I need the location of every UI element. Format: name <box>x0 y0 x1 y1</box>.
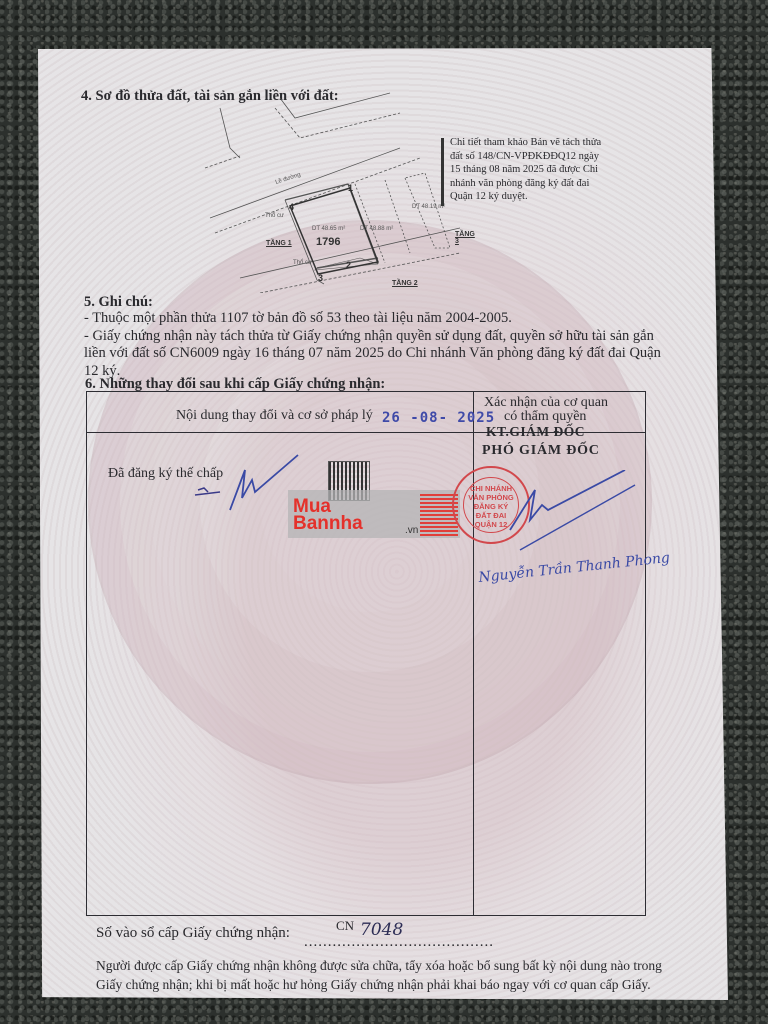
section5-notes: - Thuộc một phần thửa 1107 tờ bản đồ số … <box>84 310 661 380</box>
col1-header: Nội dung thay đổi và cơ sở pháp lý <box>176 408 373 424</box>
register-label: Số vào sổ cấp Giấy chứng nhận: <box>96 925 290 942</box>
floor-label-1: TẦNG 1 <box>266 240 292 247</box>
authority-title-1: KT.GIÁM ĐỐC <box>486 424 585 440</box>
corner-3: 3 <box>318 273 323 283</box>
note-line: - Giấy chứng nhận này tách thửa từ Giấy … <box>84 328 661 346</box>
neighbor-label-2: Thổ cư <box>293 260 312 266</box>
north-arrow-icon <box>441 138 444 206</box>
parcel-diagram: 1796 1 2 3 4 TẦNG 1 TẦNG 2 TẦNG 3 DT 48.… <box>200 88 460 293</box>
floor-label-3: TẦNG 3 <box>455 231 475 245</box>
register-prefix: CN <box>336 918 354 934</box>
signature-right-icon <box>500 470 650 560</box>
note-line: liền với đất số CN6009 ngày 16 tháng 07 … <box>84 345 661 363</box>
col2-header-line2: có thẩm quyền <box>504 409 586 425</box>
note-line: - Thuộc một phần thửa 1107 tờ bản đồ số … <box>84 310 661 328</box>
parcel-number: 1796 <box>316 236 340 248</box>
register-number: 7048 <box>360 920 403 940</box>
warning-text: Người được cấp Giấy chứng nhận không đượ… <box>96 956 662 994</box>
area-label-1: DT 48.65 m² <box>312 226 345 232</box>
section5-title: 5. Ghi chú: <box>84 294 153 311</box>
parcel-map-icon <box>200 88 460 293</box>
corner-4: 4 <box>289 202 294 212</box>
authority-title-2: PHÓ GIÁM ĐỐC <box>482 443 600 459</box>
date-stamp: 26 -08- 2025 <box>382 410 495 426</box>
corner-2: 2 <box>346 260 351 270</box>
corner-1: 1 <box>348 183 353 193</box>
diagram-note: Chi tiết tham khảo Bản vẽ tách thửa đất … <box>450 136 601 204</box>
header-divider <box>87 432 473 433</box>
watermark-line2: Bannha <box>293 515 363 532</box>
area-label-2: DT 48.88 m² <box>360 226 393 232</box>
floor-label-2: TẦNG 2 <box>392 280 418 287</box>
watermark-suffix: .vn <box>405 525 418 536</box>
neighbor-label: Thổ cư <box>265 213 284 219</box>
